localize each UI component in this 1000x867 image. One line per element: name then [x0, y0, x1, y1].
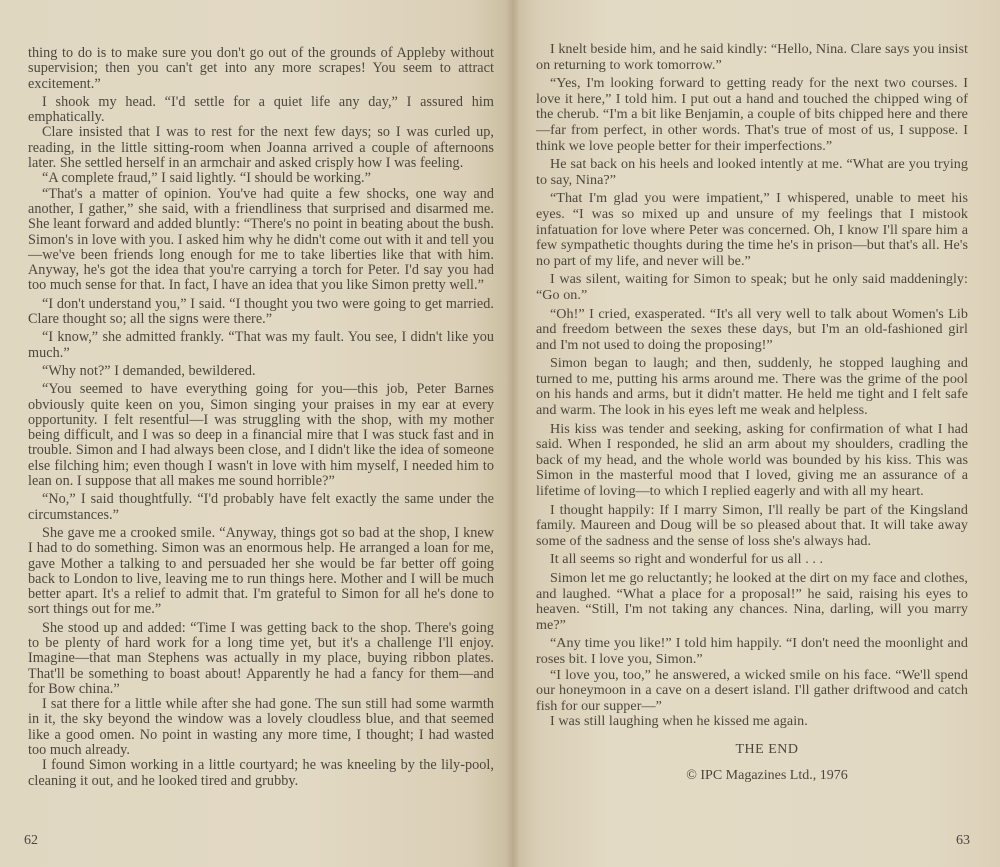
paragraph: She gave me a crooked smile. “Anyway, th…	[28, 526, 494, 618]
paragraph: I sat there for a little while after she…	[28, 697, 494, 758]
paragraph: I was still laughing when he kissed me a…	[536, 714, 968, 730]
paragraph: I shook my head. “I'd settle for a quiet…	[28, 95, 494, 126]
paragraph: “Any time you like!” I told him happily.…	[536, 636, 968, 667]
left-page: thing to do is to make sure you don't go…	[0, 0, 512, 867]
paragraph: I found Simon working in a little courty…	[28, 758, 494, 789]
paragraph: Clare insisted that I was to rest for th…	[28, 125, 494, 171]
paragraph: I was silent, waiting for Simon to speak…	[536, 272, 968, 303]
right-page: I knelt beside him, and he said kindly: …	[512, 0, 1000, 867]
paragraph: Simon began to laugh; and then, suddenly…	[536, 356, 968, 418]
page-number: 62	[24, 833, 38, 849]
paragraph: I knelt beside him, and he said kindly: …	[536, 42, 968, 73]
paragraph: “That I'm glad you were impatient,” I wh…	[536, 191, 968, 269]
end-block: THE END © IPC Magazines Ltd., 1976	[536, 742, 968, 784]
paragraph: “I know,” she admitted frankly. “That wa…	[28, 330, 494, 361]
book-spread: thing to do is to make sure you don't go…	[0, 0, 1000, 867]
paragraph: It all seems so right and wonderful for …	[536, 552, 968, 568]
paragraph: thing to do is to make sure you don't go…	[28, 46, 494, 92]
paragraph: Simon let me go reluctantly; he looked a…	[536, 571, 968, 633]
the-end-heading: THE END	[566, 742, 968, 758]
page-number: 63	[956, 833, 970, 849]
paragraph: I thought happily: If I marry Simon, I'l…	[536, 503, 968, 550]
paragraph: “No,” I said thoughtfully. “I'd probably…	[28, 492, 494, 523]
paragraph: “Oh!” I cried, exasperated. “It's all ve…	[536, 307, 968, 354]
paragraph: “Yes, I'm looking forward to getting rea…	[536, 76, 968, 154]
paragraph: “I don't understand you,” I said. “I tho…	[28, 297, 494, 328]
left-page-text: thing to do is to make sure you don't go…	[28, 46, 494, 789]
paragraph: “You seemed to have everything going for…	[28, 382, 494, 489]
paragraph: She stood up and added: “Time I was gett…	[28, 621, 494, 697]
paragraph: “A complete fraud,” I said lightly. “I s…	[28, 171, 494, 186]
right-page-text: I knelt beside him, and he said kindly: …	[536, 42, 968, 730]
copyright-notice: © IPC Magazines Ltd., 1976	[566, 768, 968, 784]
paragraph: “I love you, too,” he answered, a wicked…	[536, 668, 968, 715]
paragraph: His kiss was tender and seeking, asking …	[536, 422, 968, 500]
paragraph: He sat back on his heels and looked inte…	[536, 157, 968, 188]
paragraph: “That's a matter of opinion. You've had …	[28, 187, 494, 294]
paragraph: “Why not?” I demanded, bewildered.	[28, 364, 494, 379]
